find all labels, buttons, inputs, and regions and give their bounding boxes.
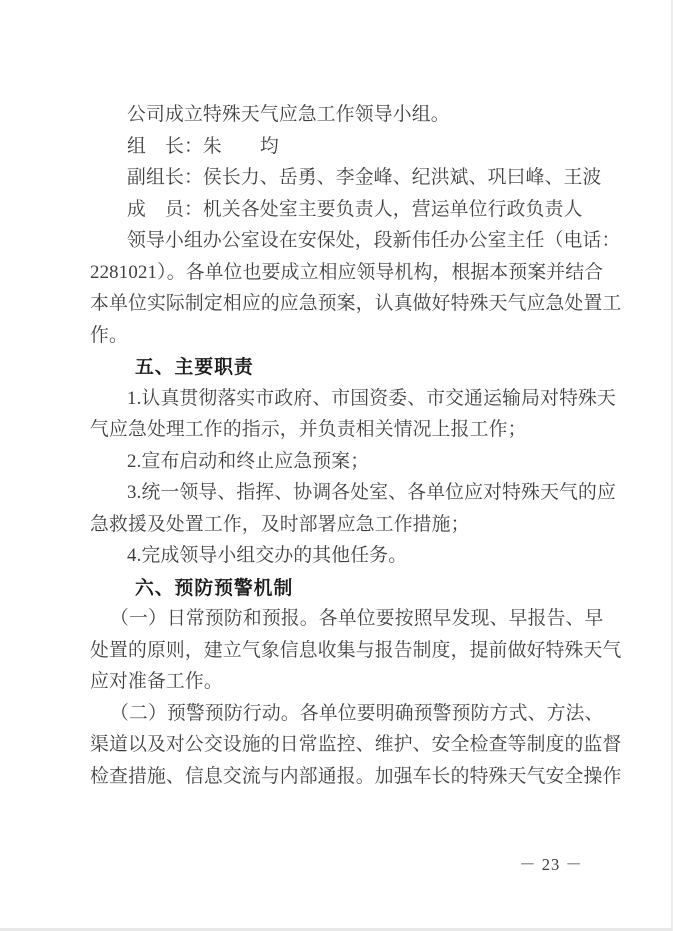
doc-line: 2281021）。各单位也要成立相应领导机构，根据本预案并结合 [90, 257, 620, 289]
doc-line: 处置的原则，建立气象信息收集与报告制度，提前做好特殊天气 [90, 635, 620, 667]
section-heading-5: 五、主要职责 [90, 351, 620, 383]
doc-line: 3.统一领导、指挥、协调各处室、各单位应对特殊天气的应 [90, 477, 620, 509]
section-heading-6: 六、预防预警机制 [90, 572, 620, 604]
doc-line: 检查措施、信息交流与内部通报。加强车长的特殊天气安全操作 [90, 761, 620, 793]
doc-line: 本单位实际制定相应的应急预案，认真做好特殊天气应急处置工 [90, 288, 620, 320]
doc-line: （一）日常预防和预报。各单位要按照早发现、早报告、早 [90, 603, 620, 635]
document-page: 公司成立特殊天气应急工作领导小组。 组 长：朱 均 副组长：侯长力、岳勇、李金峰… [0, 0, 673, 931]
doc-line: 急救援及处置工作，及时部署应急工作措施； [90, 509, 620, 541]
doc-line: 渠道以及对公交设施的日常监控、维护、安全检查等制度的监督 [90, 729, 620, 761]
doc-line-deputy-leaders: 副组长：侯长力、岳勇、李金峰、纪洪斌、巩曰峰、王波 [90, 162, 620, 194]
page-number: － 23 － [505, 853, 597, 877]
doc-line: 领导小组办公室设在安保处，段新伟任办公室主任（电话： [90, 225, 620, 257]
doc-line: 1.认真贯彻落实市政府、市国资委、市交通运输局对特殊天 [90, 383, 620, 415]
doc-line: 2.宣布启动和终止应急预案； [90, 446, 620, 478]
doc-line: 作。 [90, 320, 620, 352]
doc-line-members: 成 员：机关各处室主要负责人，营运单位行政负责人 [90, 194, 620, 226]
doc-line-leader: 组 长：朱 均 [90, 131, 620, 163]
doc-line: 4.完成领导小组交办的其他任务。 [90, 540, 620, 572]
doc-line: 应对准备工作。 [90, 666, 620, 698]
doc-line: （二）预警预防行动。各单位要明确预警预防方式、方法、 [90, 698, 620, 730]
doc-line: 公司成立特殊天气应急工作领导小组。 [90, 99, 620, 131]
doc-line: 气应急处理工作的指示，并负责相关情况上报工作； [90, 414, 620, 446]
document-text-block: 公司成立特殊天气应急工作领导小组。 组 长：朱 均 副组长：侯长力、岳勇、李金峰… [90, 99, 620, 792]
